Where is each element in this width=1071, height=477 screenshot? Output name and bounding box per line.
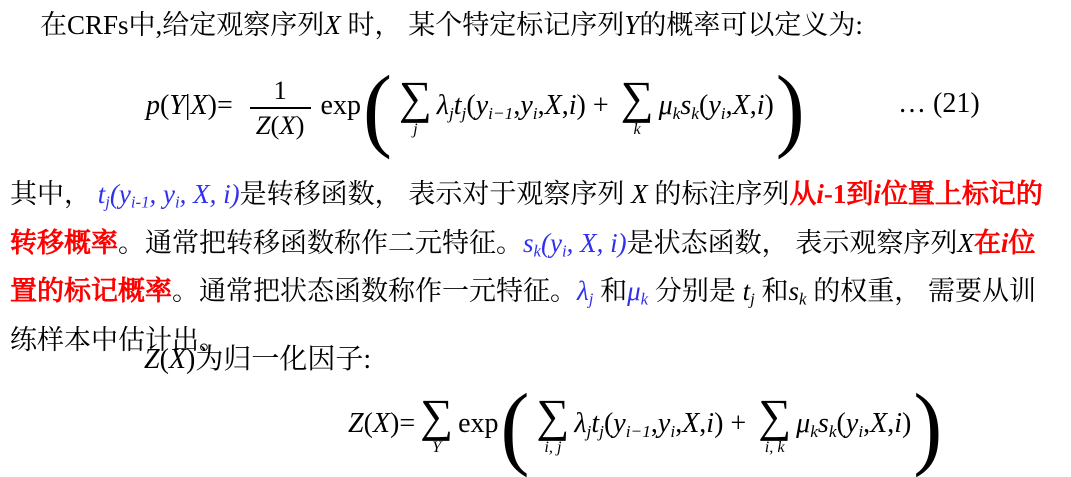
- math-variable-blue: ): [618, 228, 627, 258]
- sigma-icon: ∑: [399, 76, 432, 120]
- normalization-line: Z(X)为归一化因子:: [144, 342, 371, 378]
- math-roman: (: [160, 344, 169, 375]
- math-variable: t: [591, 408, 599, 439]
- math-subscript-blue: k: [534, 241, 541, 260]
- text-run: 时， 某个特定标记序列: [341, 10, 625, 40]
- formula-21: p(Y|X)= 1Z(X)exp(∑jλjtj(yi−1,yi,X,i) + ∑…: [146, 58, 807, 162]
- math-variable-blue: i: [610, 228, 618, 258]
- math-roman: ,: [750, 90, 757, 121]
- math-subscript: k: [810, 422, 818, 441]
- math-variable-blue: λ: [577, 276, 589, 306]
- summation-index: j: [413, 121, 418, 139]
- math-subscript: k: [691, 104, 699, 123]
- text-run: 和: [593, 276, 627, 306]
- text-run: 和: [755, 276, 789, 306]
- math-variable: X: [191, 90, 208, 121]
- intro-paragraph: 在CRFs中,给定观察序列X 时， 某个特定标记序列Y的概率可以定义为:: [40, 8, 863, 42]
- text-run: 的标注序列: [648, 179, 790, 209]
- math-variable: i: [569, 90, 577, 121]
- fraction-numerator: 1: [271, 75, 288, 107]
- math-roman: ): [764, 90, 773, 121]
- document-page: 在CRFs中,给定观察序列X 时， 某个特定标记序列Y的概率可以定义为: p(Y…: [0, 0, 1071, 477]
- math-roman: ): [577, 90, 586, 121]
- math-variable: X: [682, 408, 699, 439]
- math-variable: X: [870, 408, 887, 439]
- highlight-red-variable: i: [816, 179, 824, 209]
- summation-index: i, j: [544, 439, 561, 457]
- math-variable: s: [680, 90, 691, 121]
- math-variable-blue: ,: [597, 228, 611, 258]
- math-variable: y: [658, 408, 670, 439]
- text-run: 的概率可以定义为:: [639, 10, 863, 40]
- math-variable-blue: X: [193, 179, 210, 209]
- math-roman: 1: [273, 75, 286, 105]
- text-run: 。通常把转移函数称作二元特征。: [118, 228, 523, 258]
- sigma-icon: ∑: [536, 394, 569, 438]
- math-variable: λ: [437, 90, 449, 121]
- equation-number: … (21): [898, 88, 980, 120]
- text-run: 其中，: [10, 179, 98, 209]
- text-run: 为归一化因子:: [195, 344, 371, 375]
- math-roman: ,: [651, 408, 658, 439]
- summation: ∑k: [621, 76, 654, 139]
- highlight-red-text: 在: [974, 228, 1001, 258]
- summation: ∑Y: [420, 394, 453, 457]
- math-variable-blue: y: [550, 228, 562, 258]
- math-variable: Y: [624, 10, 639, 40]
- math-variable-blue: ,: [210, 179, 224, 209]
- math-variable: λ: [574, 408, 586, 439]
- math-roman: ,: [538, 90, 545, 121]
- fraction-denominator: Z(X): [250, 107, 311, 141]
- sigma-icon: ∑: [621, 76, 654, 120]
- math-roman: +: [723, 408, 753, 439]
- text-run: 是转移函数， 表示对于观察序列: [240, 179, 632, 209]
- math-variable: Z: [348, 408, 364, 439]
- math-variable: t: [454, 90, 462, 121]
- sigma-icon: ∑: [420, 394, 453, 438]
- math-roman: (: [160, 90, 169, 121]
- math-variable-blue: s: [523, 228, 534, 258]
- math-variable: X: [373, 408, 390, 439]
- math-variable: X: [733, 90, 750, 121]
- math-roman: )=: [390, 408, 415, 439]
- math-variable-blue: ,: [150, 179, 164, 209]
- math-variable-blue: i: [223, 179, 231, 209]
- text-run: 。通常把状态函数称作一元特征。: [172, 276, 577, 306]
- highlight-red-text: -1到: [824, 179, 874, 209]
- highlight-red-variable: i: [873, 179, 881, 209]
- math-roman: (: [466, 90, 475, 121]
- math-variable: Z: [144, 344, 160, 375]
- formula-z: Z(X)=∑Yexp(∑i, jλjtj(yi−1,yi,X,i) + ∑i, …: [348, 376, 944, 477]
- math-variable: X: [169, 344, 186, 375]
- math-roman: (: [699, 90, 708, 121]
- math-variable-blue: ,: [180, 179, 194, 209]
- math-variable-blue: ): [231, 179, 240, 209]
- math-subscript-blue: i-1: [131, 193, 150, 212]
- sigma-icon: ∑: [758, 394, 791, 438]
- math-variable: s: [818, 408, 829, 439]
- math-variable-blue: (: [110, 179, 119, 209]
- math-variable: y: [476, 90, 488, 121]
- math-subscript: i−1: [488, 104, 513, 123]
- math-roman: exp: [458, 408, 498, 439]
- math-roman: ,: [562, 90, 569, 121]
- math-variable: μ: [796, 408, 810, 439]
- math-variable: s: [789, 276, 800, 306]
- math-variable: i: [894, 408, 902, 439]
- math-variable: Z: [256, 110, 271, 140]
- summation-index: i, k: [765, 439, 785, 457]
- math-variable: μ: [659, 90, 673, 121]
- math-variable: X: [545, 90, 562, 121]
- math-roman: (: [604, 408, 613, 439]
- summation: ∑i, k: [758, 394, 791, 457]
- summation-index: k: [634, 121, 641, 139]
- highlight-red-text: 从: [789, 179, 816, 209]
- math-variable-blue: y: [163, 179, 175, 209]
- text-run: 在CRFs中,给定观察序列: [40, 10, 324, 40]
- body-paragraph: 其中， tj(yi-1, yi, X, i)是转移函数， 表示对于观察序列 X …: [10, 174, 1050, 360]
- summation-index: Y: [432, 439, 441, 457]
- summation: ∑j: [399, 76, 432, 139]
- math-roman: ,: [726, 90, 733, 121]
- math-variable: X: [631, 179, 648, 209]
- math-roman: ): [186, 344, 195, 375]
- math-variable: Y: [169, 90, 185, 121]
- math-variable-blue: (: [541, 228, 550, 258]
- math-variable: X: [957, 228, 974, 258]
- math-roman: ): [296, 110, 305, 140]
- math-subscript: k: [829, 422, 837, 441]
- math-variable: y: [520, 90, 532, 121]
- math-variable-blue: X: [580, 228, 597, 258]
- math-roman: ): [902, 408, 911, 439]
- text-run: 是状态函数， 表示观察序列: [627, 228, 958, 258]
- math-variable: y: [708, 90, 720, 121]
- math-variable: X: [279, 110, 295, 140]
- summation: ∑i, j: [536, 394, 569, 457]
- math-variable: X: [324, 10, 341, 40]
- math-variable: y: [613, 408, 625, 439]
- math-variable-blue: μ: [627, 276, 641, 306]
- fraction: 1Z(X): [250, 75, 311, 140]
- math-roman: ): [714, 408, 723, 439]
- math-variable-blue: ,: [567, 228, 581, 258]
- math-subscript: i−1: [626, 422, 651, 441]
- math-roman: (: [837, 408, 846, 439]
- math-roman: +: [586, 90, 616, 121]
- math-roman: (: [364, 408, 373, 439]
- math-variable: t: [743, 276, 751, 306]
- math-variable: p: [146, 90, 160, 121]
- math-roman: )=: [208, 90, 240, 121]
- math-subscript-blue: k: [641, 290, 648, 309]
- math-variable-blue: y: [119, 179, 131, 209]
- math-variable: i: [706, 408, 714, 439]
- math-roman: exp: [321, 90, 361, 121]
- text-run: 分别是: [648, 276, 743, 306]
- math-variable: y: [846, 408, 858, 439]
